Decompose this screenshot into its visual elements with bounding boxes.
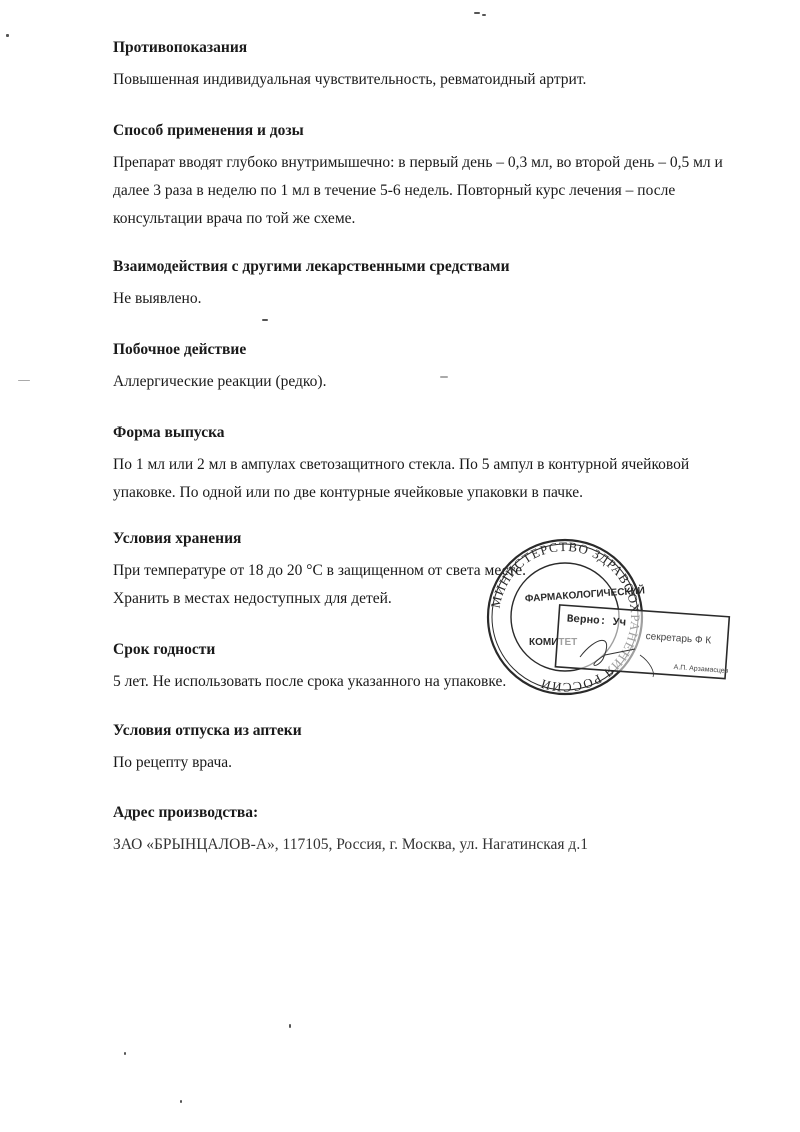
section-text: Повышенная индивидуальная чувствительнос… [113,66,773,94]
section-dispensing: Условия отпуска из аптеки По рецепту вра… [113,721,773,777]
scan-speck [474,12,480,14]
section-text: ЗАО «БРЫНЦАЛОВ-А», 117105, Россия, г. Мо… [113,831,773,859]
section-heading: Адрес производства: [113,803,773,823]
section-dosage: Способ применения и дозы Препарат вводят… [113,121,773,233]
section-heading: Взаимодействия с другими лекарственными … [113,257,773,277]
section-text: далее 3 раза в неделю по 1 мл в течение … [113,177,773,205]
section-heading: Побочное действие [113,340,773,360]
section-interactions: Взаимодействия с другими лекарственными … [113,257,773,313]
section-text: Препарат вводят глубоко внутримышечно: в… [113,149,773,177]
section-text: консультации врача по той же схеме. [113,205,773,233]
scan-speck [124,1052,126,1055]
section-text: Не выявлено. [113,285,773,313]
section-heading: Противопоказания [113,38,773,58]
scan-speck [6,34,9,37]
official-stamp: МИНИСТЕРСТВО ЗДРАВООХРАНЕНИЯ РОССИИ ФАРМ… [485,537,745,697]
scan-speck [180,1100,182,1103]
section-heading: Условия отпуска из аптеки [113,721,773,741]
section-text: Аллергические реакции (редко). [113,368,773,396]
section-heading: Форма выпуска [113,423,773,443]
section-manufacturer-address: Адрес производства: ЗАО «БРЫНЦАЛОВ-А», 1… [113,803,773,859]
scan-speck [18,380,30,381]
section-heading: Способ применения и дозы [113,121,773,141]
section-text: упаковке. По одной или по две контурные … [113,479,773,507]
stamp-seal-icon: МИНИСТЕРСТВО ЗДРАВООХРАНЕНИЯ РОССИИ ФАРМ… [485,537,745,697]
section-text: По 1 мл или 2 мл в ампулах светозащитног… [113,451,773,479]
scan-speck [440,376,448,378]
scan-speck [262,319,268,321]
section-side-effects: Побочное действие Аллергические реакции … [113,340,773,396]
section-text: По рецепту врача. [113,749,773,777]
scan-speck [289,1024,291,1028]
section-contraindications: Противопоказания Повышенная индивидуальн… [113,38,773,94]
section-release-form: Форма выпуска По 1 мл или 2 мл в ампулах… [113,423,773,507]
scan-speck [482,14,486,16]
